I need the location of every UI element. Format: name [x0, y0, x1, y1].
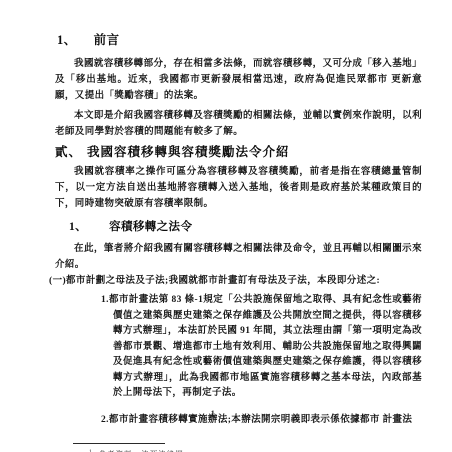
footnote: 1 參考資料，法源法律網 [89, 447, 422, 452]
heading-subsection-1-number: 1、 [69, 221, 87, 234]
footnote-separator [73, 443, 165, 444]
page-number: 1 [0, 406, 426, 422]
heading-section-2-number: 貳、 [55, 145, 82, 159]
heading-section-2-title: 我國容積移轉與容積獎勵法令介紹 [87, 145, 290, 159]
heading-section-2: 貳、 我國容積移轉與容積獎勵法令介紹 [55, 145, 422, 159]
list-item-urban-planning-law: 1.都市計畫法第 83 條-1規定「公共設施保留地之取得、具有紀念性或藝術價值之… [101, 293, 422, 402]
heading-subsection-1-title: 容積移轉之法令 [109, 221, 192, 234]
paragraph-parent-child-law: (一)都市計劃之母法及子法;我國就都市計畫訂有母法及子法，本段即分述之: [49, 273, 422, 289]
document-page: 1、 前言 我國就容積移轉部分，存在相當多法條，而就容積移轉，又可分成「移入基地… [0, 0, 452, 452]
heading-preface-title: 前言 [94, 33, 120, 47]
heading-preface-number: 1、 [57, 33, 77, 47]
paragraph-overview: 我國就容積率之操作可區分為容積移轉及容積獎勵，前者是指在容積總量管制下，以一定方… [55, 164, 422, 212]
paragraph-subsection-intro: 在此，筆者將介紹我國有關容積移轉之相關法律及命令，並且再輔以相關圖示來介紹。 [55, 241, 422, 273]
heading-preface: 1、 前言 [57, 33, 422, 47]
paragraph-intro-1: 我國就容積移轉部分，存在相當多法條，而就容積移轉，又可分成「移入基地」及「移出基… [55, 56, 422, 104]
heading-subsection-1: 1、 容積移轉之法令 [69, 221, 422, 234]
paragraph-intro-2: 本文即是介紹我國容積移轉及容積獎勵的相關法條，並輔以實例來作說明，以利老師及同學… [55, 108, 422, 140]
